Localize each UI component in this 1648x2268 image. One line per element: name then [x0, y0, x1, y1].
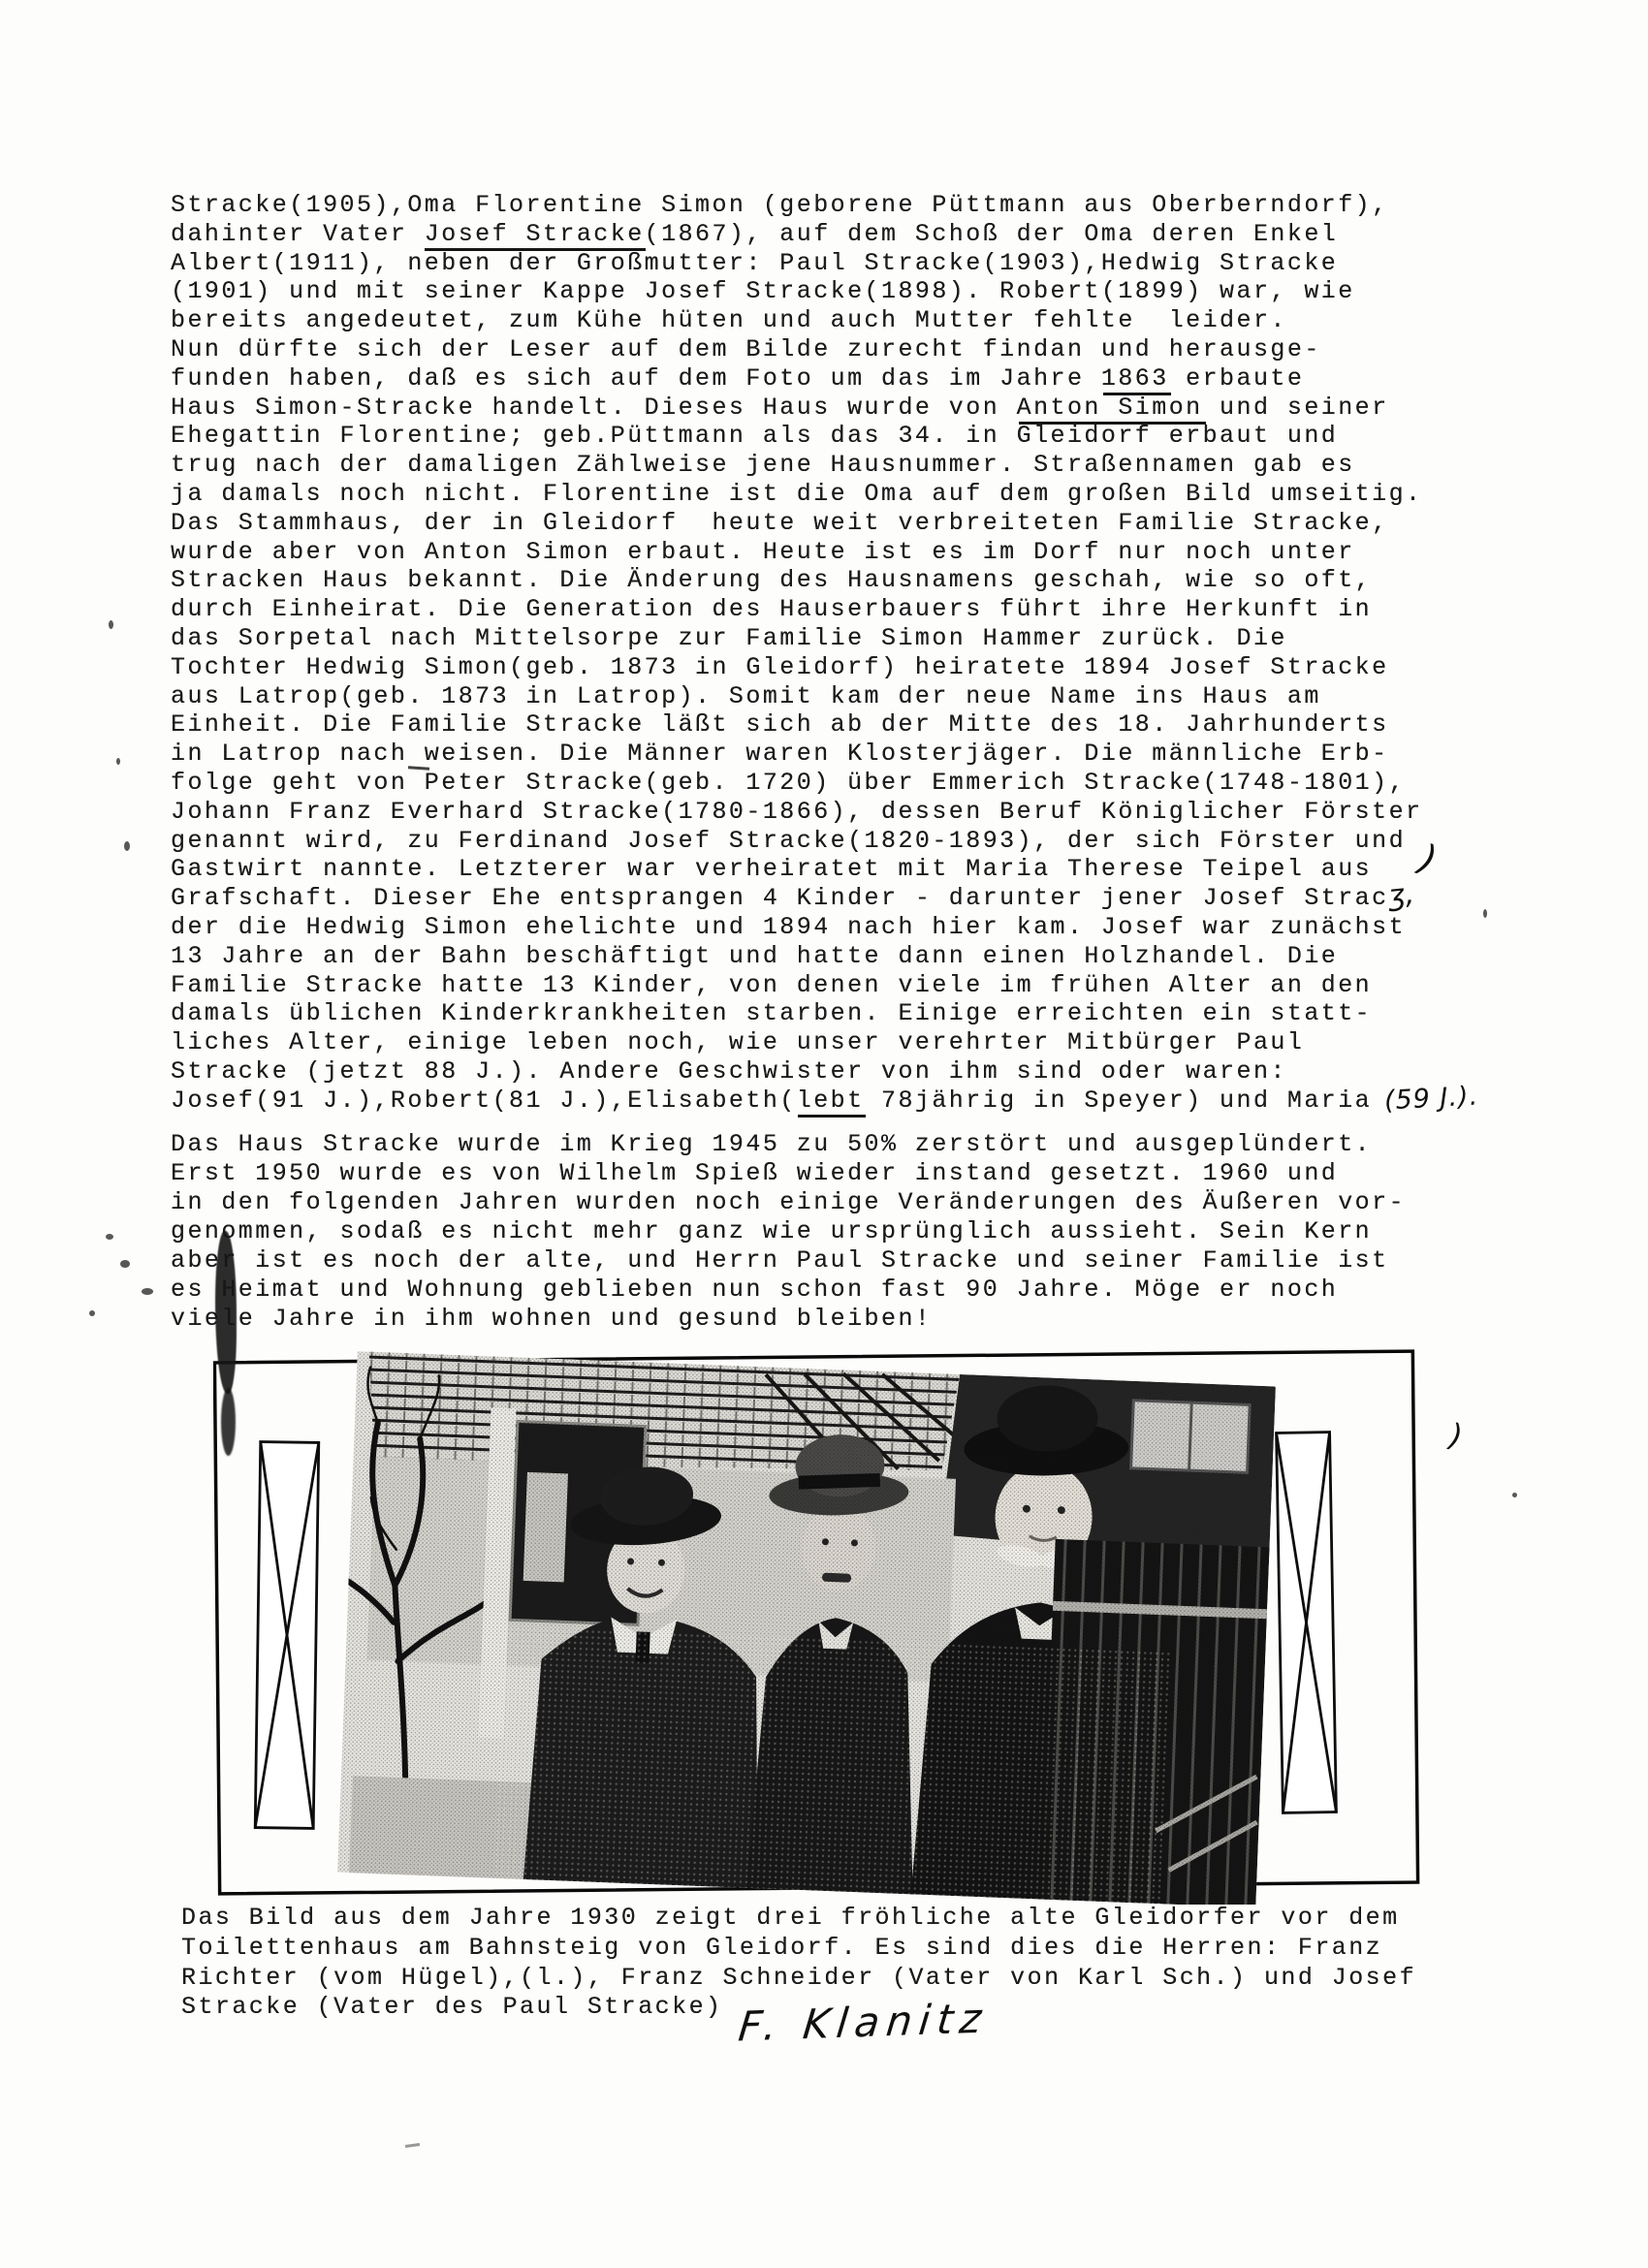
text-line: aber ist es noch der alte, und Herrn Pau… [171, 1246, 1406, 1276]
text-line: Johann Franz Everhard Stracke(1780-1866)… [171, 798, 1422, 827]
text-line: Tochter Hedwig Simon(geb. 1873 in Gleido… [171, 653, 1422, 682]
ink-speck [1512, 1493, 1517, 1497]
text-line: Albert(1911), neben der Großmutter: Paul… [171, 249, 1422, 278]
ink-speck [1483, 909, 1487, 918]
text-line: Das Haus Stracke wurde im Krieg 1945 zu … [171, 1130, 1406, 1159]
text-line: Nun dürfte sich der Leser auf dem Bilde … [171, 335, 1422, 364]
right-shutter-drawing [1277, 1433, 1337, 1813]
signature-handwritten: F. Klanitz [736, 1994, 990, 2050]
left-shutter-drawing [255, 1442, 319, 1829]
ink-speck [106, 1234, 113, 1240]
photograph [264, 1348, 1276, 1905]
text-line: Gastwirt nannte. Letzterer war verheirat… [171, 855, 1422, 884]
ink-speck [116, 758, 120, 765]
text-line: Haus Simon-Stracke handelt. Dieses Haus … [171, 394, 1422, 423]
text-line: Ehegattin Florentine; geb.Püttmann als d… [171, 422, 1422, 451]
handwritten-flourish: ) [1447, 1416, 1465, 1454]
text-line: ja damals noch nicht. Florentine ist die… [171, 480, 1422, 509]
text-line: wurde aber von Anton Simon erbaut. Heute… [171, 538, 1422, 567]
text-line: Stracke (jetzt 88 J.). Andere Geschwiste… [171, 1057, 1422, 1087]
text-line: Das Bild aus dem Jahre 1930 zeigt drei f… [181, 1904, 1416, 1934]
stray-mark [405, 2143, 420, 2148]
text-line: liches Alter, einige leben noch, wie uns… [171, 1028, 1422, 1057]
text-line: in Latrop nach weisen. Die Männer waren … [171, 740, 1422, 769]
ink-smudge [221, 1388, 236, 1456]
handwritten-age-annotation: (59 J.). [1383, 1081, 1479, 1116]
text-line: funden haben, daß es sich auf dem Foto u… [171, 364, 1422, 394]
text-line: dahinter Vater Josef Stracke(1867), auf … [171, 220, 1422, 249]
underline-1863 [1103, 393, 1171, 395]
ink-speck [142, 1288, 153, 1295]
text-line: in den folgenden Jahren wurden noch eini… [171, 1188, 1406, 1217]
text-line: das Sorpetal nach Mittelsorpe zur Famili… [171, 624, 1422, 653]
text-line: Familie Stracke hatte 13 Kinder, von den… [171, 971, 1422, 1000]
ink-smudge [215, 1231, 237, 1394]
text-line: durch Einheirat. Die Generation des Haus… [171, 595, 1422, 624]
ink-speck [109, 620, 113, 629]
text-line: bereits angedeutet, zum Kühe hüten und a… [171, 306, 1422, 335]
underline-anton-simon [1019, 422, 1206, 425]
photo-figure [213, 1347, 1423, 1905]
text-line: Richter (vom Hügel),(l.), Franz Schneide… [181, 1964, 1416, 1994]
text-line: Josef(91 J.),Robert(81 J.),Elisabeth(leb… [171, 1087, 1422, 1116]
handwritten-correction: ʒ, [1386, 877, 1415, 914]
text-line: (1901) und mit seiner Kappe Josef Strack… [171, 277, 1422, 306]
text-line: aus Latrop(geb. 1873 in Latrop). Somit k… [171, 682, 1422, 711]
text-line: der die Hedwig Simon ehelichte und 1894 … [171, 913, 1422, 942]
text-line: Grafschaft. Dieser Ehe entsprangen 4 Kin… [171, 884, 1422, 913]
text-line: Erst 1950 wurde es von Wilhelm Spieß wie… [171, 1159, 1406, 1188]
text-line: Das Stammhaus, der in Gleidorf heute wei… [171, 509, 1422, 538]
text-line: folge geht von Peter Stracke(geb. 1720) … [171, 769, 1422, 798]
scanned-document-page: Stracke(1905),Oma Florentine Simon (gebo… [0, 0, 1648, 2268]
text-line: Stracke(1905),Oma Florentine Simon (gebo… [171, 191, 1422, 220]
body-paragraph-2: Das Haus Stracke wurde im Krieg 1945 zu … [171, 1130, 1406, 1334]
text-line: damals üblichen Kinderkrankheiten starbe… [171, 999, 1422, 1028]
underline-lebt [798, 1115, 866, 1118]
text-line: trug nach der damaligen Zählweise jene H… [171, 451, 1422, 480]
text-line: viele Jahre in ihm wohnen und gesund ble… [171, 1305, 1406, 1334]
text-line: Stracken Haus bekannt. Die Änderung des … [171, 566, 1422, 595]
text-line: genannt wird, zu Ferdinand Josef Stracke… [171, 827, 1422, 856]
text-line: Toilettenhaus am Bahnsteig von Gleidorf.… [181, 1934, 1416, 1964]
text-line: es Heimat und Wohnung geblieben nun scho… [171, 1276, 1406, 1305]
halftone-white-overlay [494, 1626, 1172, 1904]
text-line: Einheit. Die Familie Stracke läßt sich a… [171, 710, 1422, 740]
underline-josef-stracke [425, 248, 646, 251]
ink-speck [89, 1310, 95, 1316]
photo-illustration [213, 1347, 1423, 1905]
ink-speck [120, 1260, 130, 1268]
text-line: 13 Jahre an der Bahn beschäftigt und hat… [171, 942, 1422, 971]
body-paragraph-1: Stracke(1905),Oma Florentine Simon (gebo… [171, 191, 1422, 1116]
text-line: genommen, sodaß es nicht mehr ganz wie u… [171, 1217, 1406, 1246]
ink-speck [124, 841, 130, 851]
